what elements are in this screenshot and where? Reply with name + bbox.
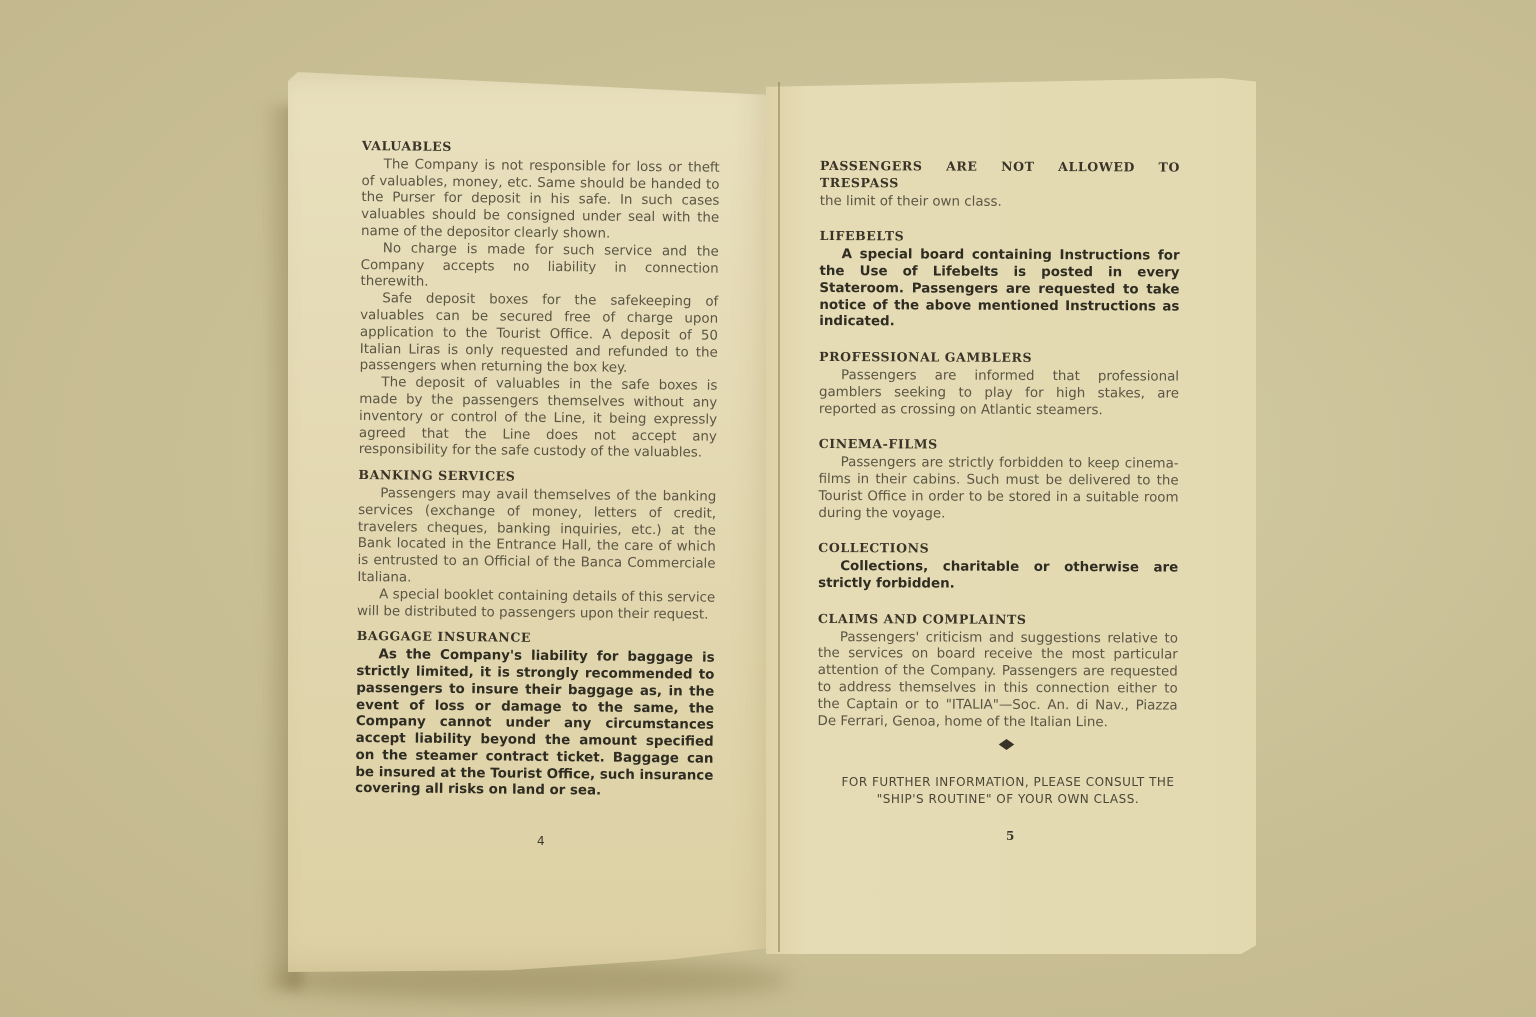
section-heading: CLAIMS AND COMPLAINTS — [818, 611, 1178, 629]
section-lifebelts: LIFEBELTSA special board containing Inst… — [819, 228, 1179, 332]
section-paragraph: Passengers' criticism and suggestions re… — [818, 630, 1178, 732]
section-heading: PASSENGERS ARE NOT ALLOWED TO TRESPASS — [820, 158, 1180, 193]
section-paragraph: Safe deposit boxes for the safekeeping o… — [360, 291, 719, 379]
section-heading: CINEMA-FILMS — [819, 436, 1179, 454]
right-page-content: PASSENGERS ARE NOT ALLOWED TO TRESPASSth… — [817, 158, 1180, 750]
section-paragraph: The Company is not responsible for loss … — [361, 157, 720, 245]
section-claims-and-complaints: CLAIMS AND COMPLAINTSPassengers' critici… — [818, 611, 1179, 732]
section-passengers-are-not-allowed-to-trespass: PASSENGERS ARE NOT ALLOWED TO TRESPASSth… — [820, 158, 1180, 212]
section-professional-gamblers: PROFESSIONAL GAMBLERSPassengers are info… — [819, 349, 1179, 420]
section-paragraph: Collections, charitable or otherwise are… — [818, 559, 1178, 594]
further-information-note: FOR FURTHER INFORMATION, PLEASE CONSULT … — [828, 774, 1188, 808]
section-paragraph: Passengers may avail themselves of the b… — [357, 486, 716, 591]
section-heading: LIFEBELTS — [820, 228, 1180, 246]
section-paragraph: The deposit of valuables in the safe box… — [359, 375, 718, 463]
section-paragraph: As the Company's liability for baggage i… — [355, 647, 715, 802]
section-paragraph: the limit of their own class. — [820, 194, 1180, 212]
section-paragraph: No charge is made for such service and t… — [360, 241, 719, 295]
section-collections: COLLECTIONSCollections, charitable or ot… — [818, 540, 1178, 594]
footer-note-line-2: "SHIP'S ROUTINE" OF YOUR OWN CLASS. — [828, 791, 1188, 808]
section-paragraph: A special board containing Instructions … — [819, 247, 1179, 333]
section-heading: VALUABLES — [362, 138, 720, 159]
page-number-right: 5 — [1006, 829, 1014, 843]
section-paragraph: A special booklet containing details of … — [357, 587, 715, 624]
section-heading: BAGGAGE INSURANCE — [357, 628, 715, 649]
section-paragraph: Passengers are informed that professiona… — [819, 368, 1179, 420]
section-heading: PROFESSIONAL GAMBLERS — [819, 349, 1179, 367]
section-paragraph: Passengers are strictly forbidden to kee… — [818, 455, 1178, 524]
section-banking-services: BANKING SERVICESPassengers may avail the… — [357, 467, 717, 624]
section-valuables: VALUABLESThe Company is not responsible … — [359, 138, 720, 463]
section-baggage-insurance: BAGGAGE INSURANCEAs the Company's liabil… — [355, 628, 715, 802]
section-cinema-films: CINEMA-FILMSPassengers are strictly forb… — [818, 436, 1178, 524]
booklet-spine — [778, 82, 780, 952]
page-number-left: 4 — [537, 834, 545, 848]
section-heading: BANKING SERVICES — [358, 467, 716, 488]
left-page-content: VALUABLESThe Company is not responsible … — [355, 138, 720, 810]
footer-note-line-1: FOR FURTHER INFORMATION, PLEASE CONSULT … — [828, 774, 1188, 791]
section-heading: COLLECTIONS — [818, 540, 1178, 558]
